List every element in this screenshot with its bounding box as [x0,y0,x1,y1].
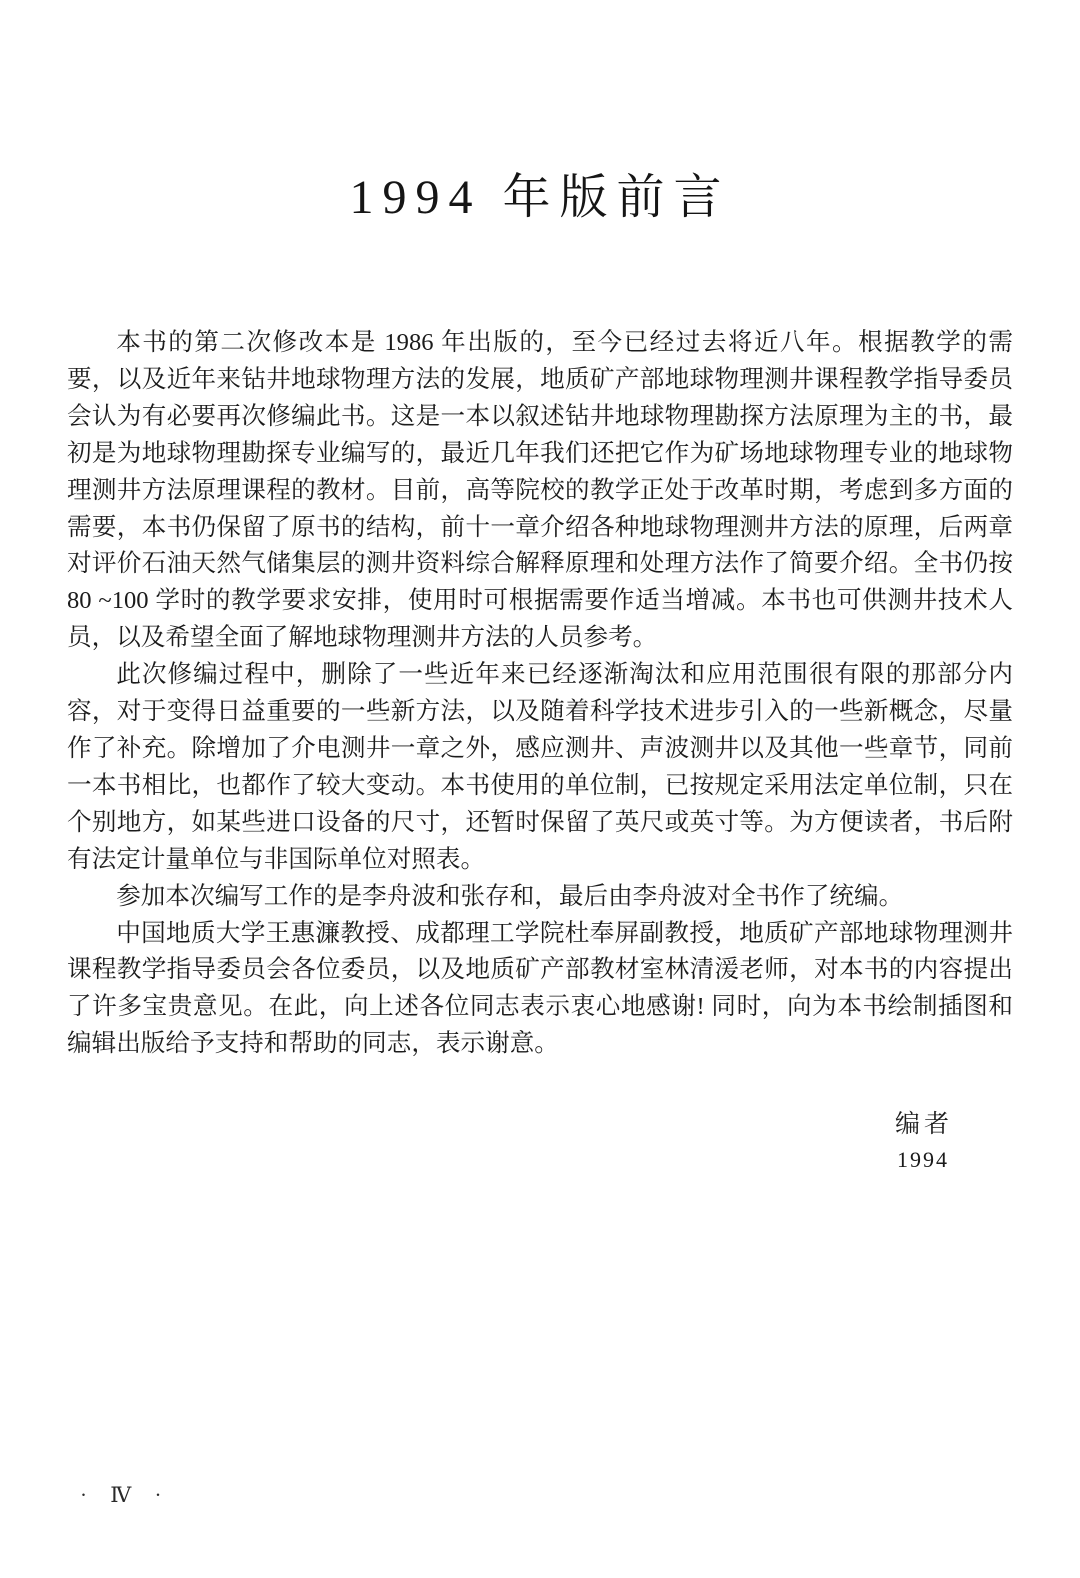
page-number: · Ⅳ · [80,1483,170,1508]
signature-block: 编者 1994 [0,1109,1080,1173]
paragraph: 参加本次编写工作的是李舟波和张存和，最后由李舟波对全书作了统编。 [67,879,1013,916]
signature-author: 编者 [0,1109,953,1141]
signature-year: 1994 [0,1147,953,1173]
page-title: 1994 年版前言 [0,0,1080,227]
document-page: 1994 年版前言 本书的第二次修改本是 1986 年出版的，至今已经过去将近八… [0,0,1080,1578]
paragraph: 中国地质大学王惠濂教授、成都理工学院杜奉屏副教授，地质矿产部地球物理测井课程教学… [67,916,1013,1064]
paragraph: 此次修编过程中，删除了一些近年来已经逐渐淘汰和应用范围很有限的那部分内容，对于变… [67,657,1013,878]
preface-body: 本书的第二次修改本是 1986 年出版的，至今已经过去将近八年。根据教学的需要，… [67,325,1013,1063]
paragraph: 本书的第二次修改本是 1986 年出版的，至今已经过去将近八年。根据教学的需要，… [67,325,1013,657]
